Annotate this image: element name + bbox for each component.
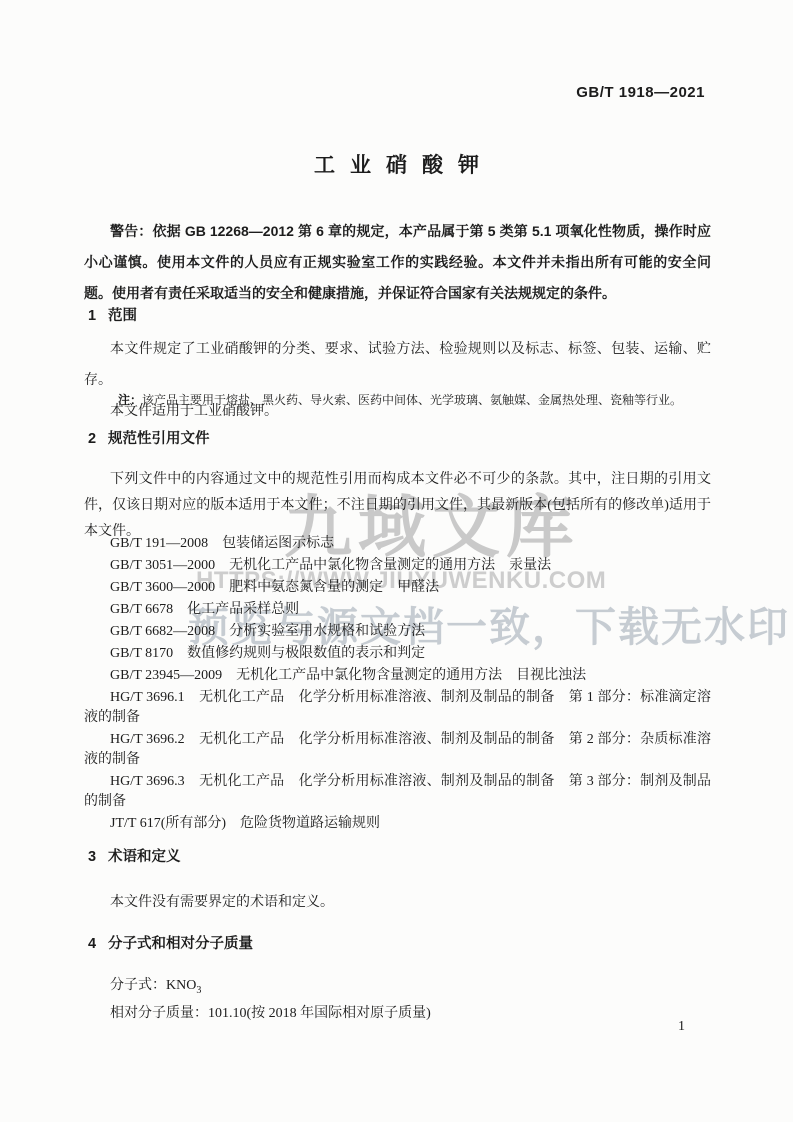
- reference-item: JT/T 617(所有部分) 危险货物道路运输规则: [84, 814, 711, 834]
- section-4-body: 分子式：KNO3 相对分子质量：101.10(按 2018 年国际相对原子质量): [84, 974, 711, 1025]
- section-1-title: 范围: [108, 308, 137, 324]
- document-page: 九域文库 HTTPS://WWW.JIUYUWENKU.COM 预览与源文档一致…: [0, 0, 793, 1122]
- note-label: 注：: [118, 393, 142, 407]
- normative-references-list: GB/T 191—2008 包装储运图示标志 GB/T 3051—2000 无机…: [84, 534, 711, 836]
- standard-code: GB/T 1918—2021: [576, 84, 705, 101]
- section-3-title: 术语和定义: [108, 849, 181, 865]
- section-4-heading: 4分子式和相对分子质量: [84, 936, 711, 953]
- reference-item: HG/T 3696.1 无机化工产品 化学分析用标准溶液、制剂及制品的制备 第 …: [84, 688, 711, 728]
- section-2-heading: 2规范性引用文件: [84, 431, 711, 448]
- section-1-body: 本文件规定了工业硝酸钾的分类、要求、试验方法、检验规则以及标志、标签、包装、运输…: [84, 334, 711, 427]
- formula-subscript: 3: [196, 985, 201, 996]
- molar-mass-line: 相对分子质量：101.10(按 2018 年国际相对原子质量): [84, 1002, 711, 1025]
- section-4-title: 分子式和相对分子质量: [108, 936, 253, 952]
- section-1-note: 注：该产品主要用于熔盐、黑火药、导火索、医药中间体、光学玻璃、氨触媒、金属热处理…: [84, 391, 711, 409]
- reference-item: HG/T 3696.3 无机化工产品 化学分析用标准溶液、制剂及制品的制备 第 …: [84, 772, 711, 812]
- molecular-formula: 分子式：KNO3: [84, 974, 711, 1002]
- reference-item: GB/T 3600—2000 肥料中氨态氮含量的测定 甲醛法: [84, 578, 711, 598]
- document-content: GB/T 1918—2021 工业硝酸钾 警告：依据 GB 12268—2012…: [0, 0, 793, 1122]
- section-4-number: 4: [84, 936, 108, 953]
- reference-item: GB/T 191—2008 包装储运图示标志: [84, 534, 711, 554]
- reference-item: GB/T 6682—2008 分析实验室用水规格和试验方法: [84, 622, 711, 642]
- reference-item: GB/T 6678 化工产品采样总则: [84, 600, 711, 620]
- reference-item: GB/T 23945—2009 无机化工产品中氯化物含量测定的通用方法 目视比浊…: [84, 666, 711, 686]
- note-text: 该产品主要用于熔盐、黑火药、导火索、医药中间体、光学玻璃、氨触媒、金属热处理、瓷…: [142, 393, 682, 407]
- page-number: 1: [678, 1019, 685, 1035]
- section-3-body: 本文件没有需要界定的术语和定义。: [84, 891, 711, 915]
- document-title: 工业硝酸钾: [0, 149, 793, 179]
- warning-paragraph: 警告：依据 GB 12268—2012 第 6 章的规定，本产品属于第 5 类第…: [84, 216, 711, 309]
- scope-paragraph-1: 本文件规定了工业硝酸钾的分类、要求、试验方法、检验规则以及标志、标签、包装、运输…: [84, 334, 711, 396]
- section-2-title: 规范性引用文件: [108, 431, 210, 447]
- section-1-heading: 1范围: [84, 308, 711, 325]
- formula-text: 分子式：KNO: [110, 978, 196, 993]
- reference-item: HG/T 3696.2 无机化工产品 化学分析用标准溶液、制剂及制品的制备 第 …: [84, 730, 711, 770]
- section-1-number: 1: [84, 308, 108, 325]
- terms-paragraph: 本文件没有需要界定的术语和定义。: [84, 891, 711, 915]
- section-2-number: 2: [84, 431, 108, 448]
- section-3-heading: 3术语和定义: [84, 849, 711, 866]
- reference-item: GB/T 3051—2000 无机化工产品中氯化物含量测定的通用方法 汞量法: [84, 556, 711, 576]
- section-3-number: 3: [84, 849, 108, 866]
- reference-item: GB/T 8170 数值修约规则与极限数值的表示和判定: [84, 644, 711, 664]
